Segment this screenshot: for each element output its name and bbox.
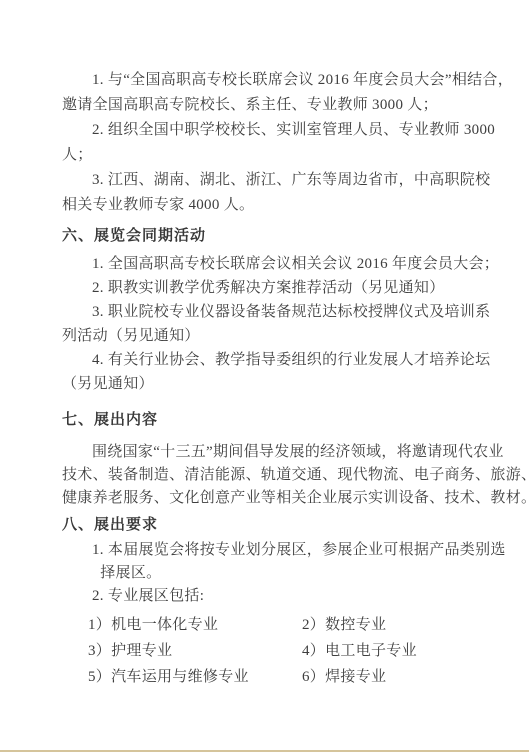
exhibit-content-para-line-2: 技术、装备制造、清洁能源、轨道交通、现代物流、电子商务、旅游、 — [62, 464, 471, 487]
heading-exhibit-requirements: 八、展出要求 — [62, 513, 471, 538]
activities-item-3-line-1: 3. 职业院校专业仪器设备装备规范达标校授牌仪式及培训系 — [62, 300, 471, 324]
zone-row-1-right-label: 2）数控专业 — [302, 612, 386, 638]
requirements-item-1-line-2: 择展区。 — [100, 562, 471, 585]
zone-row-3-right-label: 6）焊接专业 — [302, 664, 386, 690]
heading-exhibit-content: 七、展出内容 — [62, 408, 471, 433]
invited-guests-item-1-line-1: 1. 与“全国高职高专校长联席会议 2016 年度会员大会”相结合， — [62, 68, 471, 93]
requirements-item-2: 2. 专业展区包括: — [62, 585, 471, 608]
requirements-item-1-line-1: 1. 本届展览会将按专业划分展区，参展企业可根据产品类别选 — [62, 539, 471, 562]
invited-guests-item-2-line-2: 人； — [62, 143, 471, 168]
zone-row-2: 3）护理专业4）电工电子专业 — [62, 638, 471, 664]
invited-guests-item-1-line-2: 邀请全国高职高专院校长、系主任、专业教师 3000 人； — [62, 93, 471, 118]
document-page: 1. 与“全国高职高专校长联席会议 2016 年度会员大会”相结合，邀请全国高职… — [0, 0, 529, 754]
invited-guests-item-3-line-2: 相关专业教师专家 4000 人。 — [62, 193, 471, 218]
exhibit-content-para-line-3: 健康养老服务、文化创意产业等相关企业展示实训设备、技术、教材。 — [62, 487, 471, 510]
zone-row-2-right-label: 4）电工电子专业 — [302, 638, 417, 664]
heading-concurrent-activities: 六、展览会同期活动 — [62, 224, 471, 249]
activities-item-4-line-1: 4. 有关行业协会、教学指导委组织的行业发展人才培养论坛 — [62, 348, 471, 372]
zone-row-3-left-label: 5）汽车运用与维修专业 — [88, 664, 302, 690]
zone-row-1: 1）机电一体化专业2）数控专业 — [62, 612, 471, 638]
exhibit-content-para-line-1: 围绕国家“十三五”期间倡导发展的经济领域，将邀请现代农业 — [62, 441, 471, 464]
activities-item-1: 1. 全国高职高专校长联席会议相关会议 2016 年度会员大会； — [62, 252, 471, 276]
zone-row-2-left-label: 3）护理专业 — [88, 638, 302, 664]
document-body: 1. 与“全国高职高专校长联席会议 2016 年度会员大会”相结合，邀请全国高职… — [62, 68, 471, 690]
invited-guests-item-3-line-1: 3. 江西、湖南、湖北、浙江、广东等周边省市，中高职院校 — [62, 168, 471, 193]
invited-guests-item-2-line-1: 2. 组织全国中职学校校长、实训室管理人员、专业教师 3000 — [62, 118, 471, 143]
zone-row-1-left-label: 1）机电一体化专业 — [88, 612, 302, 638]
activities-item-4-line-2: （另见通知） — [62, 372, 471, 396]
activities-item-2: 2. 职教实训教学优秀解决方案推荐活动（另见通知） — [62, 276, 471, 300]
zone-row-3: 5）汽车运用与维修专业6）焊接专业 — [62, 664, 471, 690]
page-bottom-edge-rule — [0, 750, 529, 752]
activities-item-3-line-2: 列活动（另见通知） — [62, 324, 471, 348]
